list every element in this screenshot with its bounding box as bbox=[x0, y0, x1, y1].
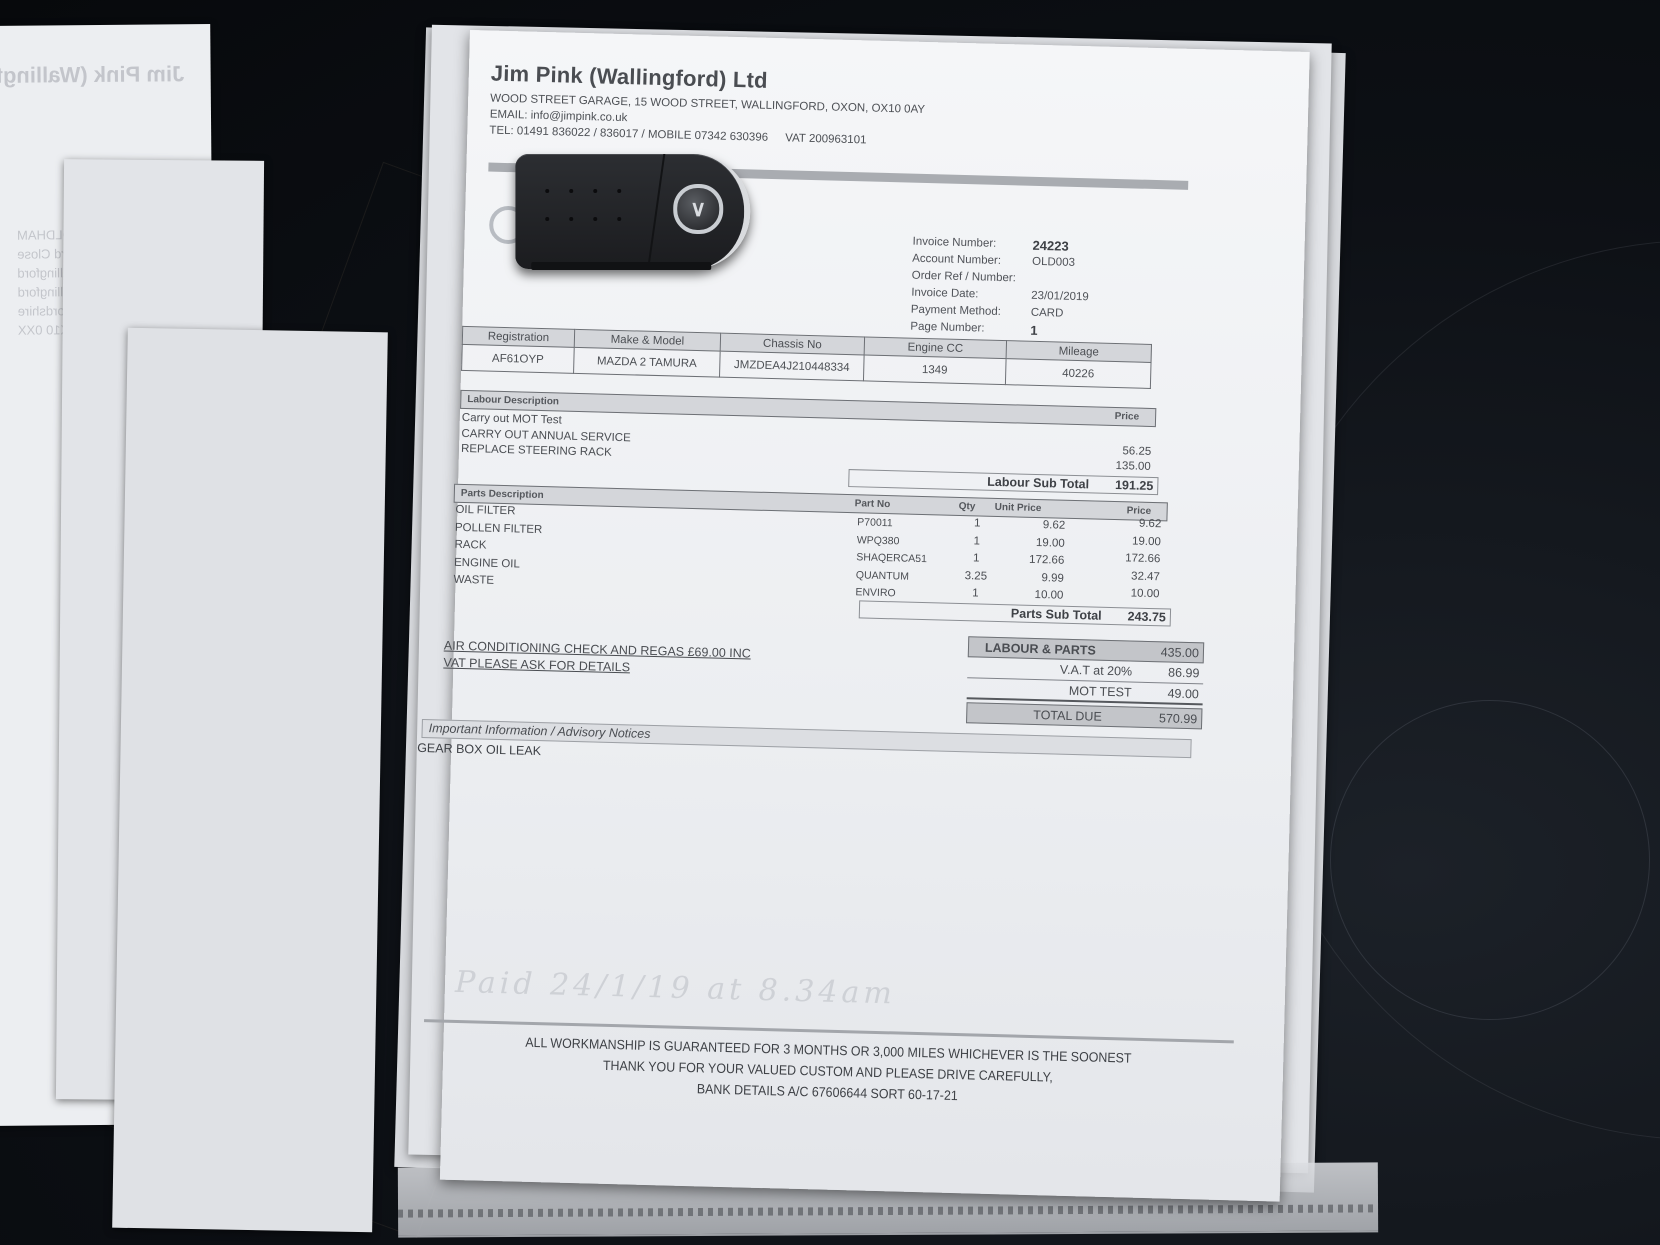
invoice-page: Jim Pink (Wallingford) Ltd WOOD STREET G… bbox=[440, 30, 1310, 1202]
handwritten-note: Paid 24/1/19 at 8.34am bbox=[455, 965, 897, 1012]
parts-rows: OIL FILTERP7001119.629.62POLLEN FILTERWP… bbox=[453, 504, 1167, 610]
part-desc: OIL FILTER bbox=[455, 504, 515, 518]
part-price: 10.00 bbox=[1083, 586, 1159, 600]
part-qty: 1 bbox=[962, 552, 990, 565]
part-price: 32.47 bbox=[1084, 569, 1160, 583]
invoice-meta: Invoice Number: 24223 Account Number: OL… bbox=[910, 234, 1090, 341]
mazda-logo-icon: ∨ bbox=[673, 184, 723, 234]
background-paper bbox=[112, 328, 388, 1232]
part-price: 19.00 bbox=[1085, 534, 1161, 548]
part-unit-price: 19.00 bbox=[995, 535, 1065, 549]
seat-stitching bbox=[1330, 700, 1650, 1020]
part-part-no: ENVIRO bbox=[855, 586, 896, 599]
part-unit-price: 10.00 bbox=[993, 588, 1063, 602]
part-qty: 1 bbox=[963, 517, 991, 530]
part-price: 9.62 bbox=[1085, 516, 1161, 530]
part-desc: RACK bbox=[454, 539, 486, 552]
part-part-no: P70011 bbox=[857, 516, 893, 529]
part-unit-price: 9.99 bbox=[994, 570, 1064, 584]
invoice-footer: ALL WORKMANSHIP IS GUARANTEED FOR 3 MONT… bbox=[455, 1030, 1202, 1112]
vehicle-chassis: JMZDEA4J210448334 bbox=[719, 351, 864, 381]
vehicle-registration: AF61OYP bbox=[462, 344, 575, 373]
company-vat: VAT 200963101 bbox=[785, 130, 867, 148]
promo-notice: AIR CONDITIONING CHECK AND REGAS £69.00 … bbox=[443, 638, 751, 680]
part-part-no: QUANTUM bbox=[856, 569, 909, 582]
part-part-no: SHAQERCA51 bbox=[856, 551, 927, 565]
totals-block: LABOUR & PARTS 435.00 V.A.T at 20% 86.99… bbox=[966, 636, 1204, 729]
part-unit-price: 9.62 bbox=[995, 518, 1065, 532]
total-due: TOTAL DUE 570.99 bbox=[966, 702, 1202, 729]
car-key-fob: ∨ bbox=[495, 154, 745, 274]
vehicle-engine-cc: 1349 bbox=[863, 355, 1006, 385]
vehicle-make-model: MAZDA 2 TAMURA bbox=[574, 347, 721, 377]
part-desc: ENGINE OIL bbox=[454, 556, 520, 570]
part-desc: WASTE bbox=[453, 574, 494, 587]
part-qty: 1 bbox=[961, 587, 989, 600]
sleeve-perforation bbox=[398, 1204, 1378, 1217]
part-price: 172.66 bbox=[1084, 551, 1160, 565]
part-qty: 3.25 bbox=[962, 570, 990, 583]
part-qty: 1 bbox=[963, 535, 991, 548]
part-part-no: WPQ380 bbox=[857, 534, 900, 547]
vehicle-mileage: 40226 bbox=[1005, 359, 1151, 389]
part-desc: POLLEN FILTER bbox=[455, 521, 543, 535]
part-unit-price: 172.66 bbox=[994, 553, 1064, 567]
